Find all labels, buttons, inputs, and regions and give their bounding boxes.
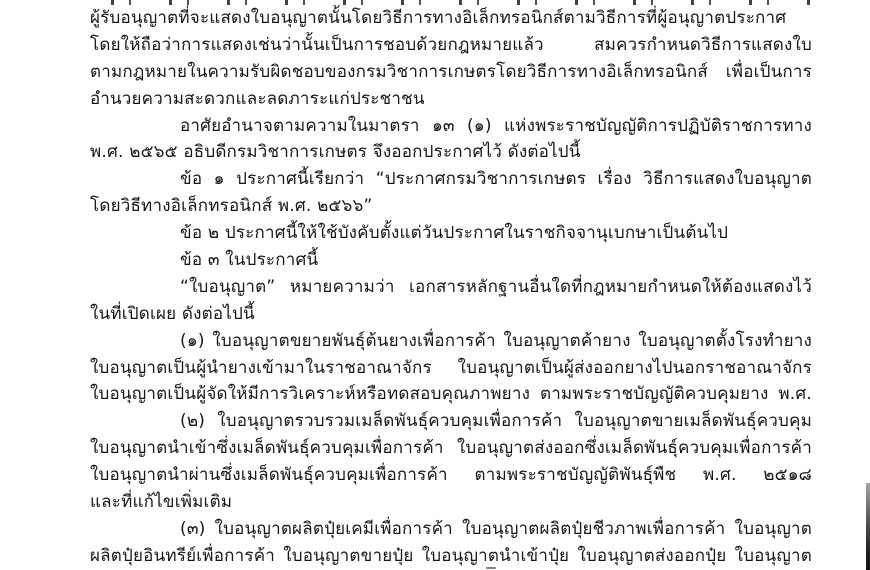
text-line: ใบอนุญาตนำเข้าซึ่งเมล็ดพันธุ์ควบคุมเพื่อ…: [90, 435, 812, 462]
text-line: อาศัยอำนาจตามความในมาตรา ๑๓ (๑) แห่งพระร…: [90, 113, 812, 140]
text-line: (๓) ใบอนุญาตผลิตปุ๋ยเคมีเพื่อการค้า ใบอน…: [90, 516, 812, 543]
text-line: โดยวิธีทางอิเล็กทรอนิกส์ พ.ศ. ๒๕๖๖”: [90, 193, 812, 220]
text-line: ตามกฎหมายในความรับผิดชอบของกรมวิชาการเกษ…: [90, 59, 812, 86]
text-line: อำนวยความสะดวกและลดภาระแก่ประชาชน: [90, 86, 812, 113]
text-line: ใบอนุญาตเป็นผู้จัดให้มีการวิเคราะห์หรือท…: [90, 381, 812, 408]
text-line: ผลิตปุ๋ยอินทรีย์เพื่อการค้า ใบอนุญาตขายป…: [90, 543, 812, 570]
text-line: ผู้รับอนุญาตที่จะแสดงใบอนุญาตนั้นโดยวิธี…: [90, 5, 812, 32]
ink-smudge: [486, 567, 496, 569]
scan-edge-streak: [866, 483, 870, 570]
text-line: (๒) ใบอนุญาตรวบรวมเมล็ดพันธุ์ควบคุมเพื่อ…: [90, 408, 812, 435]
text-line: ข้อ ๓ ในประกาศนี้: [90, 247, 812, 274]
text-line: ในที่เปิดเผย ดังต่อไปนี้: [90, 301, 812, 328]
text-line: ใบอนุญาตนำผ่านซึ่งเมล็ดพันธุ์ควบคุมเพื่อ…: [90, 462, 812, 489]
text-line: “ใบอนุญาต” หมายความว่า เอกสารหลักฐานอื่น…: [90, 274, 812, 301]
text-line: โดยให้ถือว่าการแสดงเช่นว่านั้นเป็นการชอบ…: [90, 32, 812, 59]
text-line: ข้อ ๒ ประกาศนี้ให้ใช้บังคับตั้งแต่วันประ…: [90, 220, 812, 247]
text-line: (๑) ใบอนุญาตขยายพันธุ์ต้นยางเพื่อการค้า …: [90, 328, 812, 355]
text-line: ข้อ ๑ ประกาศนี้เรียกว่า “ประกาศกรมวิชากา…: [90, 166, 812, 193]
text-line: และที่แก้ไขเพิ่มเติม: [90, 489, 812, 516]
document-text-block: ผู้รับอนุญาตที่จะแสดงใบอนุญาตนั้นโดยวิธี…: [90, 5, 812, 570]
text-line: ใบอนุญาตเป็นผู้นำยางเข้ามาในราชอาณาจักร …: [90, 355, 812, 382]
document-page: ผู้รับอนุญาตที่จะแสดงใบอนุญาตนั้นโดยวิธี…: [0, 0, 870, 570]
text-line: พ.ศ. ๒๕๖๕ อธิบดีกรมวิชาการเกษตร จึงออกปร…: [90, 139, 812, 166]
